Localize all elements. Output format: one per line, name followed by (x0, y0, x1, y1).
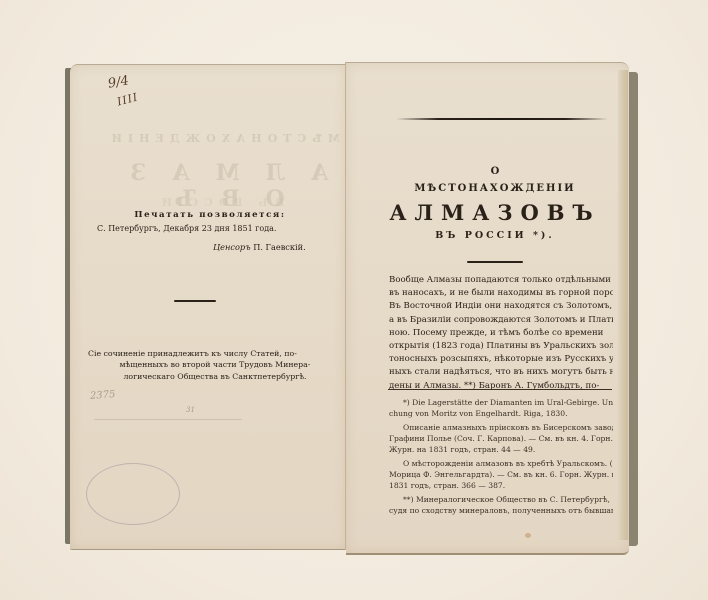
library-stamp (86, 463, 180, 525)
censor-line: Ценсоръ П. Гаевскій. (213, 242, 306, 252)
body-text: Вообще Алмазы попадаются только отдѣльны… (389, 274, 613, 393)
footnotes: *) Die Lagerstätte der Diamanten im Ural… (389, 397, 613, 516)
note-line-2: мѣщенныхъ во второй части Трудовъ Минера… (88, 359, 342, 370)
footnote-line: *) Die Lagerstätte der Diamanten im Ural… (389, 397, 613, 408)
book-cover-right-edge (628, 72, 638, 546)
page-stack-edge (618, 70, 628, 540)
footnote-2: Описаніе алмазныхъ пріисковъ въ Бисерско… (389, 422, 613, 455)
body-line: тоносныхъ розсыпяхъ, нѣкоторые изъ Русск… (389, 353, 613, 366)
left-page-divider (174, 300, 216, 302)
footnote-separator (388, 389, 612, 390)
footnote-line: Морица Ф. Энгельгардта). — См. въ кн. 6.… (389, 469, 613, 480)
imprimatur-heading: Печатать позволяется: (80, 210, 340, 220)
title-ornament-rule (467, 261, 523, 263)
body-line: открытія (1823 года) Платины въ Уральски… (389, 340, 613, 353)
faint-ruled-line (94, 419, 242, 420)
footnote-line: Графини Полье (Соч. Г. Карпова). — См. в… (389, 433, 613, 444)
body-line: въ наносахъ, и не были находимы въ горно… (389, 287, 613, 300)
footnote-line: Журн. на 1831 годъ, стран. 44 — 49. (389, 444, 613, 455)
footnote-line: судя по сходству минераловъ, полученныхъ… (389, 505, 613, 516)
body-line: Вообще Алмазы попадаются только отдѣльны… (389, 274, 613, 287)
footnote-1: *) Die Lagerstätte der Diamanten im Ural… (389, 397, 613, 419)
body-line: дены и Алмазы. **) Баронъ А. Гумбольдтъ,… (389, 380, 613, 393)
header-rule (396, 118, 608, 120)
publication-note: Сіе сочиненіе принадлежитъ къ числу Стат… (88, 348, 342, 382)
ghost-title-line-3: ВЪ РОССІИ (130, 196, 310, 209)
body-line: ныхъ стали надѣяться, что въ нихъ могутъ… (389, 366, 613, 379)
title-line-4: ВЪ РОССІИ *). (380, 230, 610, 241)
body-line: Въ Восточной Индіи они находятся съ Золо… (389, 300, 613, 313)
censor-name: П. Гаевскій. (253, 242, 305, 252)
handwritten-mark-small: 31 (186, 406, 195, 414)
censor-label: Ценсоръ (213, 242, 251, 252)
ghost-title-line-1: МѢСТОНАХОЖДЕНІИ (110, 132, 340, 145)
footnote-line: **) Минералогическое Общество въ С. Пете… (389, 494, 613, 505)
handwritten-mark-inventory: 2375 (90, 389, 116, 402)
footnote-line: О мѣсторожденіи алмазовъ въ хребтѣ Ураль… (389, 458, 613, 469)
foxing-spot (525, 533, 531, 538)
footnote-line: Описаніе алмазныхъ пріисковъ въ Бисерско… (389, 422, 613, 433)
footnote-3: О мѣсторожденіи алмазовъ въ хребтѣ Ураль… (389, 458, 613, 491)
title-line-3: АЛМАЗОВЪ (380, 200, 610, 225)
footnote-4: **) Минералогическое Общество въ С. Пете… (389, 494, 613, 516)
body-line: а въ Бразиліи сопровождаются Золотомъ и … (389, 314, 613, 327)
footnote-line: 1831 годъ, стран. 366 — 387. (389, 480, 613, 491)
title-line-2: МѢСТОНАХОЖДЕНІИ (380, 183, 610, 194)
body-line: ною. Посему прежде, и тѣмъ болѣе со врем… (389, 327, 613, 340)
note-line-3: логическаго Общества въ Санктпетербургѣ. (88, 371, 342, 382)
note-line-1: Сіе сочиненіе принадлежитъ къ числу Стат… (88, 348, 342, 359)
imprimatur-place-date: С. Петербургъ, Декабря 23 дня 1851 года. (97, 224, 337, 233)
footnote-line: chung von Moritz von Engelhardt. Riga, 1… (389, 408, 613, 419)
title-line-1: О (380, 166, 610, 177)
